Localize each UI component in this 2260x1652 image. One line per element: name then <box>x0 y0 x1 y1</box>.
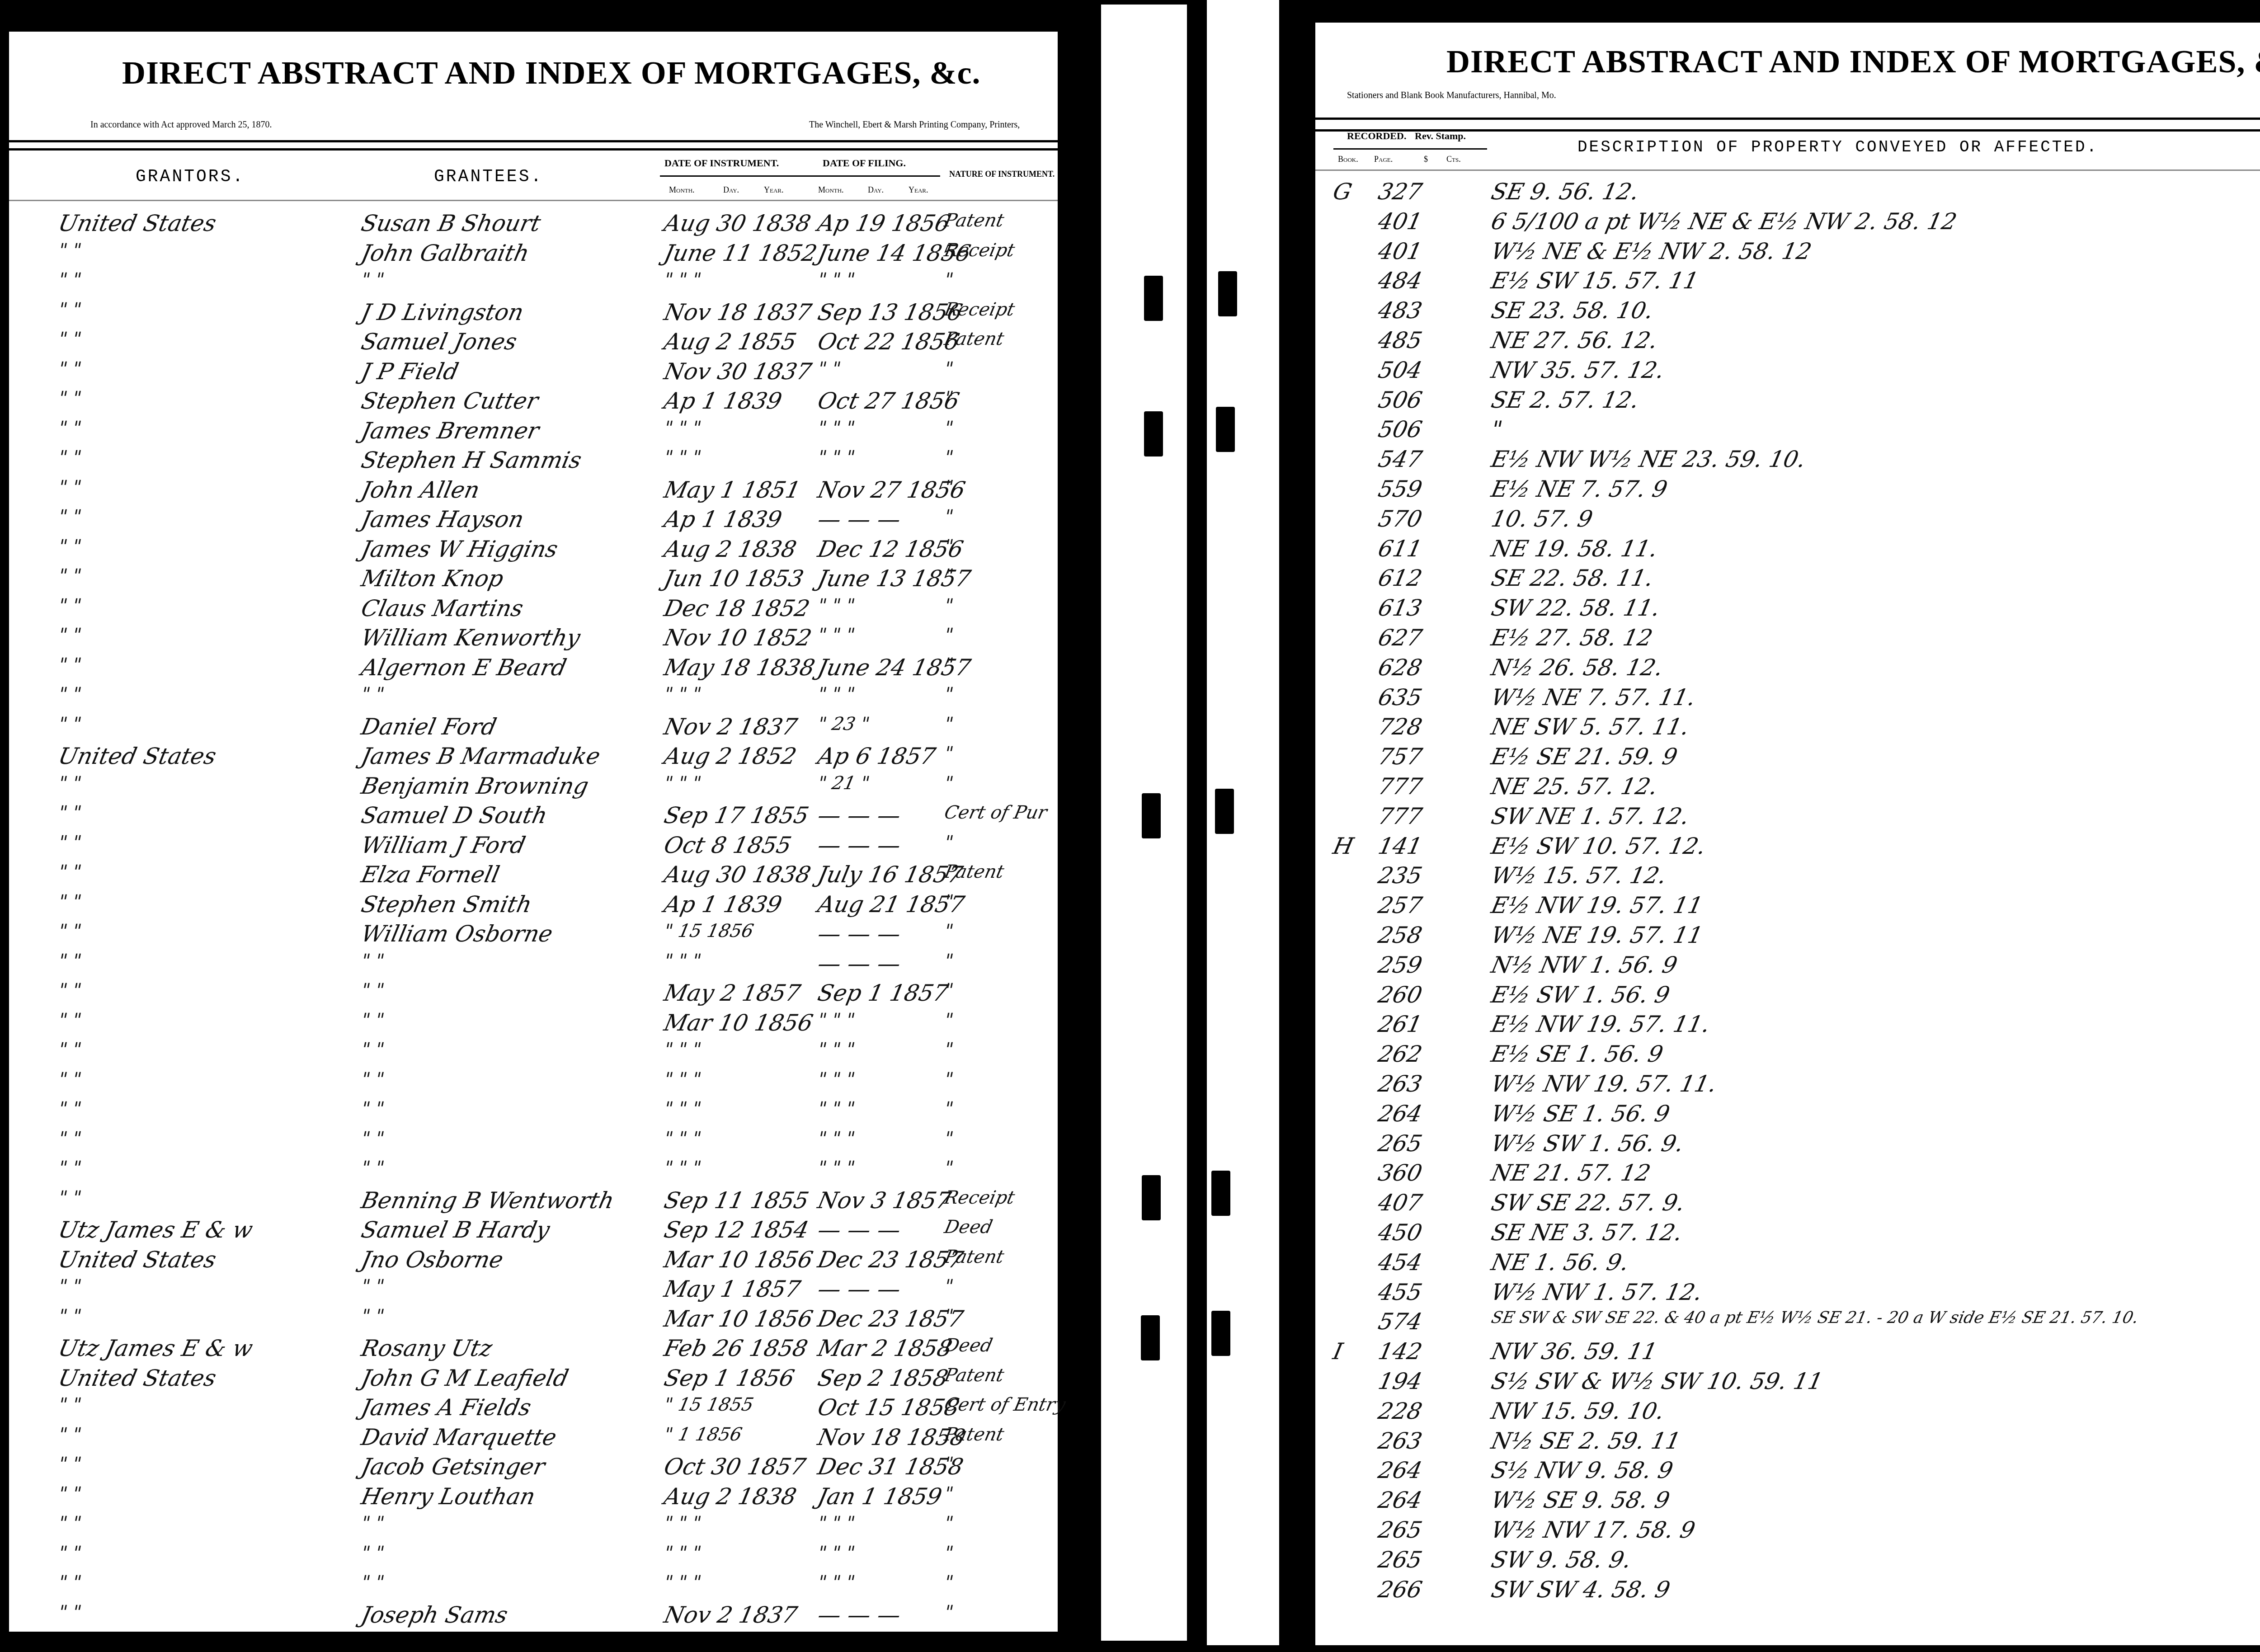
page-cell: 777 <box>1376 803 1425 829</box>
filing-date-cell: Nov 3 1857 <box>815 1187 953 1214</box>
instrument-date-cell: June 11 1852 <box>662 240 819 266</box>
grantor-cell: Utz James E & w <box>56 1335 255 1361</box>
nature-of-instrument-header: NATURE OF INSTRUMENT. <box>949 169 1055 179</box>
instrument-date-cell: " " " <box>662 418 703 438</box>
binding-strip-right <box>1207 0 1279 1645</box>
page-cell: 260 <box>1376 982 1425 1008</box>
instrument-date-cell: Aug 30 1838 <box>662 861 813 888</box>
nature-cell: " <box>942 595 955 616</box>
grantee-cell: Daniel Ford <box>359 714 499 740</box>
grantee-cell: " " <box>359 1513 386 1534</box>
grantee-cell: Jacob Getsinger <box>359 1454 547 1480</box>
grantor-cell: " " <box>56 1572 83 1593</box>
punch-hole <box>1141 1315 1160 1360</box>
description-cell: E½ SW 1. 56. 9 <box>1489 982 1672 1008</box>
page-cell: 401 <box>1376 238 1425 264</box>
instrument-date-cell: May 1 1857 <box>662 1276 803 1302</box>
grantee-cell: James Bremner <box>359 418 541 444</box>
instrument-date-cell: " " " <box>662 1069 703 1090</box>
page-cell: 262 <box>1376 1041 1425 1067</box>
recorded-header-rule <box>1333 148 1487 150</box>
grantee-cell: James B Marmaduke <box>359 743 603 769</box>
description-cell: NE SW 5. 57. 11. <box>1489 714 1692 740</box>
grantee-cell: " " <box>359 1098 386 1119</box>
filing-date-cell: " 21 " <box>816 773 871 794</box>
grantor-cell: " " <box>56 1069 83 1090</box>
description-cell: SW SW 4. 58. 9 <box>1489 1577 1672 1603</box>
nature-cell: " <box>942 269 955 290</box>
filing-date-cell: " " <box>816 358 843 379</box>
page-cell: 504 <box>1376 357 1425 383</box>
description-cell: W½ NE & E½ NW 2. 58. 12 <box>1489 238 1814 264</box>
description-cell: SW 22. 58. 11. <box>1489 595 1662 621</box>
grantee-cell: Samuel D South <box>359 802 550 828</box>
instrument-date-cell: Aug 2 1855 <box>662 329 799 355</box>
page-cell: 613 <box>1376 595 1425 621</box>
nature-cell: " <box>942 1098 955 1119</box>
punch-hole <box>1142 1175 1161 1220</box>
page-cell: 483 <box>1376 297 1425 324</box>
page-cell: 728 <box>1376 714 1425 740</box>
page-cell: 327 <box>1376 179 1425 205</box>
page-cell: 264 <box>1376 1101 1425 1127</box>
page-cell: 612 <box>1376 565 1425 591</box>
description-cell: NE 19. 58. 11. <box>1489 536 1660 562</box>
instrument-date-cell: Sep 17 1855 <box>662 802 811 828</box>
page-cell: 142 <box>1376 1338 1425 1365</box>
nature-cell: " <box>942 1010 955 1031</box>
filing-date-cell: — — — <box>815 1276 903 1302</box>
page-cell: 454 <box>1376 1249 1425 1275</box>
grantor-cell: " " <box>56 269 83 290</box>
grantee-cell: " " <box>359 951 386 971</box>
day-header: Day. <box>723 185 739 195</box>
description-cell: E½ SE 1. 56. 9 <box>1489 1041 1666 1067</box>
filing-date-cell: " " " <box>816 1069 857 1090</box>
instrument-date-cell: Oct 30 1857 <box>662 1454 808 1480</box>
header-rule-top <box>9 140 1058 142</box>
nature-cell: " <box>942 625 955 645</box>
page-cell: 141 <box>1376 833 1425 859</box>
description-cell: E½ NW W½ NE 23. 59. 10. <box>1489 446 1808 472</box>
printer-note: The Winchell, Ebert & Marsh Printing Com… <box>809 120 1020 130</box>
grantee-cell: Joseph Sams <box>359 1602 510 1628</box>
nature-cell: " <box>942 1572 955 1593</box>
grantee-cell: Samuel Jones <box>359 329 519 355</box>
page-cell: 258 <box>1376 922 1425 948</box>
nature-cell: " <box>942 418 955 438</box>
grantor-cell: " " <box>56 1276 83 1297</box>
punch-hole <box>1211 1171 1230 1216</box>
description-cell: N½ NW 1. 56. 9 <box>1489 952 1680 978</box>
nature-cell: " <box>942 951 955 971</box>
nature-cell: " <box>942 773 955 794</box>
filing-date-cell: " " " <box>816 625 857 645</box>
page-cell: 627 <box>1376 625 1425 651</box>
grantor-cell: Utz James E & w <box>56 1217 255 1243</box>
nature-cell: Receipt <box>942 299 1017 320</box>
header-rule-bottom <box>9 148 1058 151</box>
punch-hole <box>1216 407 1235 452</box>
nature-cell: Deed <box>942 1335 994 1356</box>
book-header: Book. <box>1338 155 1358 164</box>
description-cell: W½ NE 7. 57. 11. <box>1489 684 1698 711</box>
filing-date-cell: " 23 " <box>816 714 871 734</box>
grantor-cell: " " <box>56 1483 83 1504</box>
filing-date-cell: Ap 19 1856 <box>815 210 952 236</box>
nature-cell: " <box>942 684 955 705</box>
filing-date-cell: Dec 23 1857 <box>815 1306 966 1332</box>
grantor-cell: " " <box>56 358 83 379</box>
grantor-cell: " " <box>56 714 83 734</box>
description-cell: E½ NW 19. 57. 11. <box>1489 1011 1713 1037</box>
nature-cell: " <box>942 1158 955 1178</box>
grantor-cell: " " <box>56 802 83 823</box>
instrument-date-cell: Nov 30 1837 <box>662 358 814 385</box>
filing-date-cell: " " " <box>816 1128 857 1149</box>
grantor-cell: " " <box>56 921 83 941</box>
page-cell: 235 <box>1376 862 1425 889</box>
instrument-date-cell: Nov 2 1837 <box>662 1602 800 1628</box>
nature-cell: Cert of Entry <box>942 1394 1067 1415</box>
grantee-cell: James W Higgins <box>359 536 560 562</box>
binding-strip-left <box>1101 5 1187 1641</box>
description-cell: " <box>1489 416 1505 442</box>
month-header: Month. <box>669 185 695 195</box>
grantor-cell: " " <box>56 299 83 320</box>
instrument-date-cell: Feb 26 1858 <box>662 1335 810 1361</box>
description-cell: SE 9. 56. 12. <box>1489 179 1642 205</box>
nature-cell: " <box>942 1602 955 1623</box>
description-cell: W½ NW 19. 57. 11. <box>1489 1071 1719 1097</box>
grantor-cell: " " <box>56 773 83 794</box>
filing-date-cell: " " " <box>816 684 857 705</box>
left-page-title: DIRECT ABSTRACT AND INDEX OF MORTGAGES, … <box>122 54 980 92</box>
header-rule-top <box>1315 118 2260 120</box>
grantor-cell: " " <box>56 506 83 527</box>
instrument-date-cell: Aug 2 1838 <box>662 1483 799 1510</box>
grantee-cell: Henry Louthan <box>359 1483 538 1510</box>
description-cell: SW SE 22. 57. 9. <box>1489 1190 1687 1216</box>
filing-date-cell: " " " <box>816 269 857 290</box>
instrument-date-cell: Nov 18 1837 <box>662 299 814 325</box>
instrument-date-cell: " 1 1856 <box>662 1424 744 1445</box>
nature-cell: " <box>942 1069 955 1090</box>
instrument-date-cell: Aug 30 1838 <box>662 210 813 236</box>
description-cell: S½ NW 9. 58. 9 <box>1489 1457 1676 1483</box>
filing-date-cell: Oct 27 1856 <box>815 388 962 414</box>
nature-cell: Patent <box>942 1424 1006 1445</box>
grantor-cell: " " <box>56 595 83 616</box>
instrument-date-cell: " " " <box>662 684 703 705</box>
grantor-cell: " " <box>56 861 83 882</box>
grantee-cell: Rosany Utz <box>359 1335 494 1361</box>
page-cell: 757 <box>1376 744 1425 770</box>
description-cell: SE SW & SW SE 22. & 40 a pt E½ W½ SE 21.… <box>1490 1308 2140 1327</box>
instrument-date-cell: Aug 2 1838 <box>662 536 799 562</box>
instrument-date-cell: " " " <box>662 1128 703 1149</box>
grantee-cell: " " <box>359 1543 386 1563</box>
page-cell: 259 <box>1376 952 1425 978</box>
nature-cell: " <box>942 1128 955 1149</box>
grantor-cell: " " <box>56 329 83 349</box>
punch-hole <box>1218 271 1237 316</box>
grantee-cell: " " <box>359 1306 386 1327</box>
grantee-cell: Benning B Wentworth <box>359 1187 617 1214</box>
description-cell: 6 5/100 a pt W½ NE & E½ NW 2. 58. 12 <box>1489 208 1959 235</box>
description-cell: S½ SW & W½ SW 10. 59. 11 <box>1489 1368 1826 1394</box>
grantee-cell: William Kenworthy <box>359 625 583 651</box>
filing-date-cell: July 16 1857 <box>815 861 965 888</box>
grantee-cell: Susan B Shourt <box>359 210 543 236</box>
left-ledger-page: DIRECT ABSTRACT AND INDEX OF MORTGAGES, … <box>9 32 1058 1632</box>
grantor-cell: " " <box>56 1454 83 1474</box>
instrument-date-cell: Ap 1 1839 <box>662 388 784 414</box>
nature-cell: Receipt <box>942 240 1017 261</box>
description-cell: NE 25. 57. 12. <box>1489 773 1660 800</box>
page-cell: 257 <box>1376 892 1425 918</box>
description-cell: NW 36. 59. 11 <box>1489 1338 1660 1365</box>
description-cell: E½ 27. 58. 12 <box>1489 625 1655 651</box>
instrument-date-cell: Jun 10 1853 <box>662 565 806 592</box>
filing-date-cell: " " " <box>816 418 857 438</box>
grantee-cell: " " <box>359 1158 386 1178</box>
grantee-cell: Milton Knop <box>359 565 506 592</box>
date-of-filing-header: DATE OF FILING. <box>823 157 906 169</box>
column-header-rule <box>9 200 1058 201</box>
grantee-cell: Stephen Cutter <box>359 388 541 414</box>
nature-cell: " <box>942 714 955 734</box>
page-header: Page. <box>1374 155 1393 164</box>
page-cell: 611 <box>1376 536 1425 562</box>
grantor-cell: " " <box>56 980 83 1001</box>
instrument-date-cell: Oct 8 1855 <box>662 832 794 858</box>
nature-cell: " <box>942 1543 955 1563</box>
page-cell: 228 <box>1376 1398 1425 1424</box>
description-cell: SE 22. 58. 11. <box>1489 565 1656 591</box>
grantee-cell: " " <box>359 269 386 290</box>
instrument-date-cell: May 1 1851 <box>662 477 803 503</box>
description-cell: E½ SE 21. 59. 9 <box>1489 744 1680 770</box>
page-cell: 407 <box>1376 1190 1425 1216</box>
grantee-cell: Stephen Smith <box>359 891 534 918</box>
instrument-date-cell: " " " <box>662 447 703 468</box>
filing-date-cell: " " " <box>816 1098 857 1119</box>
grantor-cell: " " <box>56 1039 83 1060</box>
nature-cell: Patent <box>942 210 1006 231</box>
description-cell: W½ NW 1. 57. 12. <box>1489 1279 1705 1305</box>
grantee-cell: " " <box>359 1572 386 1593</box>
description-header: DESCRIPTION OF PROPERTY CONVEYED OR AFFE… <box>1577 138 2098 156</box>
description-cell: W½ SE 1. 56. 9 <box>1489 1101 1672 1127</box>
description-cell: SW 9. 58. 9. <box>1489 1547 1634 1573</box>
page-cell: 264 <box>1376 1487 1425 1513</box>
grantee-cell: Algernon E Beard <box>359 654 569 681</box>
instrument-date-cell: " " " <box>662 269 703 290</box>
rev-stamp-header: Rev. Stamp. <box>1415 130 1466 142</box>
act-note: In accordance with Act approved March 25… <box>90 120 272 130</box>
filing-date-cell: Dec 23 1857 <box>815 1247 966 1273</box>
page-cell: 559 <box>1376 476 1425 502</box>
page-cell: 455 <box>1376 1279 1425 1305</box>
filing-date-cell: — — — <box>815 832 903 858</box>
filing-date-cell: Mar 2 1858 <box>815 1335 955 1361</box>
grantor-cell: " " <box>56 1424 83 1445</box>
grantor-cell: United States <box>56 210 219 236</box>
instrument-date-cell: " " " <box>662 1513 703 1534</box>
grantee-cell: " " <box>359 1010 386 1031</box>
filing-day-header: Day. <box>868 185 884 195</box>
description-cell: NE 1. 56. 9. <box>1489 1249 1631 1275</box>
page-cell: 506 <box>1376 387 1425 413</box>
page-cell: 263 <box>1376 1428 1425 1454</box>
book-cell: H <box>1331 833 1356 859</box>
page-cell: 777 <box>1376 773 1425 800</box>
filing-date-cell: — — — <box>815 506 903 532</box>
grantor-cell: " " <box>56 654 83 675</box>
grantor-cell: " " <box>56 1158 83 1178</box>
filing-date-cell: " " " <box>816 1543 857 1563</box>
nature-cell: " <box>942 358 955 379</box>
description-cell: E½ SW 10. 57. 12. <box>1489 833 1708 859</box>
grantor-cell: " " <box>56 240 83 261</box>
description-cell: 10. 57. 9 <box>1489 506 1595 532</box>
page-cell: 547 <box>1376 446 1425 472</box>
page-cell: 360 <box>1376 1160 1425 1186</box>
filing-date-cell: Dec 31 1858 <box>815 1454 966 1480</box>
instrument-date-cell: Ap 1 1839 <box>662 506 784 532</box>
nature-cell: " <box>942 1039 955 1060</box>
page-cell: 265 <box>1376 1517 1425 1543</box>
instrument-date-cell: Mar 10 1856 <box>662 1306 815 1332</box>
instrument-date-cell: Sep 11 1855 <box>662 1187 811 1214</box>
grantor-cell: " " <box>56 1098 83 1119</box>
book-cell: I <box>1331 1338 1345 1365</box>
grantor-cell: " " <box>56 1602 83 1623</box>
instrument-date-cell: Aug 2 1852 <box>662 743 799 769</box>
grantee-cell: J P Field <box>359 358 461 385</box>
grantee-cell: " " <box>359 1039 386 1060</box>
grantor-cell: " " <box>56 447 83 468</box>
filing-date-cell: " " " <box>816 1572 857 1593</box>
nature-cell: Patent <box>942 861 1006 882</box>
grantor-cell: " " <box>56 625 83 645</box>
grantor-cell: " " <box>56 1010 83 1031</box>
filing-month-header: Month. <box>818 185 844 195</box>
page-cell: 450 <box>1376 1219 1425 1246</box>
filing-date-cell: Dec 12 1856 <box>815 536 966 562</box>
grantor-cell: United States <box>56 743 219 769</box>
filing-date-cell: Sep 1 1857 <box>815 980 951 1006</box>
instrument-date-cell: Mar 10 1856 <box>662 1010 815 1036</box>
grantee-cell: John G M Leafield <box>359 1365 571 1391</box>
instrument-date-cell: May 18 1838 <box>662 654 817 681</box>
grantor-cell: " " <box>56 477 83 498</box>
filing-date-cell: — — — <box>815 1602 903 1628</box>
description-cell: NE 21. 57. 12 <box>1489 1160 1653 1186</box>
cents-header: Cts. <box>1446 155 1461 164</box>
instrument-date-cell: " " " <box>662 951 703 971</box>
description-cell: NE 27. 56. 12. <box>1489 327 1660 353</box>
nature-cell: " <box>942 1483 955 1504</box>
page-cell: 401 <box>1376 208 1425 235</box>
grantee-cell: William Osborne <box>359 921 555 947</box>
grantee-cell: James Hayson <box>359 506 526 532</box>
grantee-cell: William J Ford <box>359 832 528 858</box>
description-cell: E½ SW 15. 57. 11 <box>1489 268 1701 294</box>
grantor-cell: " " <box>56 891 83 912</box>
grantor-cell: " " <box>56 1394 83 1415</box>
nature-cell: " <box>942 832 955 853</box>
grantee-cell: Jno Osborne <box>359 1247 506 1273</box>
description-cell: NW 35. 57. 12. <box>1489 357 1667 383</box>
description-cell: SE 23. 58. 10. <box>1489 297 1656 324</box>
instrument-date-cell: " " " <box>662 1098 703 1119</box>
filing-date-cell: — — — <box>815 802 903 828</box>
nature-cell: Patent <box>942 1365 1006 1386</box>
page-cell: 261 <box>1376 1011 1425 1037</box>
page-cell: 263 <box>1376 1071 1425 1097</box>
page-cell: 194 <box>1376 1368 1425 1394</box>
right-ledger-page: DIRECT ABSTRACT AND INDEX OF MORTGAGES, … <box>1315 23 2260 1645</box>
grantee-cell: John Allen <box>359 477 482 503</box>
stationer-note: Stationers and Blank Book Manufacturers,… <box>1347 90 1556 101</box>
grantor-cell: " " <box>56 1543 83 1563</box>
filing-date-cell: " " " <box>816 1158 857 1178</box>
grantee-cell: " " <box>359 980 386 1001</box>
nature-cell: " <box>942 743 955 764</box>
page-cell: 506 <box>1376 416 1425 442</box>
instrument-date-cell: " " " <box>662 1543 703 1563</box>
grantor-cell: " " <box>56 536 83 557</box>
description-cell: SE 2. 57. 12. <box>1489 387 1642 413</box>
right-page-title: DIRECT ABSTRACT AND INDEX OF MORTGAGES, … <box>1446 43 2260 80</box>
grantee-cell: John Galbraith <box>359 240 532 266</box>
instrument-date-cell: " " " <box>662 1158 703 1178</box>
description-cell: W½ NW 17. 58. 9 <box>1489 1517 1698 1543</box>
grantor-cell: " " <box>56 565 83 586</box>
filing-date-cell: " " " <box>816 595 857 616</box>
filing-date-cell: Jan 1 1859 <box>815 1483 944 1510</box>
instrument-date-cell: Dec 18 1852 <box>662 595 812 621</box>
date-of-instrument-header: DATE OF INSTRUMENT. <box>664 157 779 169</box>
instrument-date-cell: " " " <box>662 1572 703 1593</box>
description-cell: SE NE 3. 57. 12. <box>1489 1219 1685 1246</box>
page-cell: 628 <box>1376 654 1425 681</box>
page-cell: 265 <box>1376 1130 1425 1157</box>
instrument-date-cell: Sep 1 1856 <box>662 1365 797 1391</box>
description-cell: E½ NW 19. 57. 11 <box>1489 892 1705 918</box>
grantee-cell: J D Livingston <box>359 299 526 325</box>
page-cell: 266 <box>1376 1577 1425 1603</box>
page-cell: 265 <box>1376 1547 1425 1573</box>
instrument-date-cell: Sep 12 1854 <box>662 1217 811 1243</box>
recorded-header: RECORDED. <box>1347 130 1406 142</box>
nature-cell: " <box>942 921 955 941</box>
nature-cell: " <box>942 447 955 468</box>
description-cell: W½ SW 1. 56. 9. <box>1489 1130 1686 1157</box>
punch-hole <box>1144 411 1163 457</box>
punch-hole <box>1211 1311 1230 1356</box>
grantor-cell: " " <box>56 684 83 705</box>
grantee-cell: Elza Fornell <box>359 861 502 888</box>
nature-cell: Patent <box>942 329 1006 349</box>
grantees-header: GRANTEES. <box>434 167 543 187</box>
page-cell: 485 <box>1376 327 1425 353</box>
grantee-cell: " " <box>359 684 386 705</box>
instrument-date-cell: Nov 10 1852 <box>662 625 814 651</box>
grantee-cell: " " <box>359 1276 386 1297</box>
